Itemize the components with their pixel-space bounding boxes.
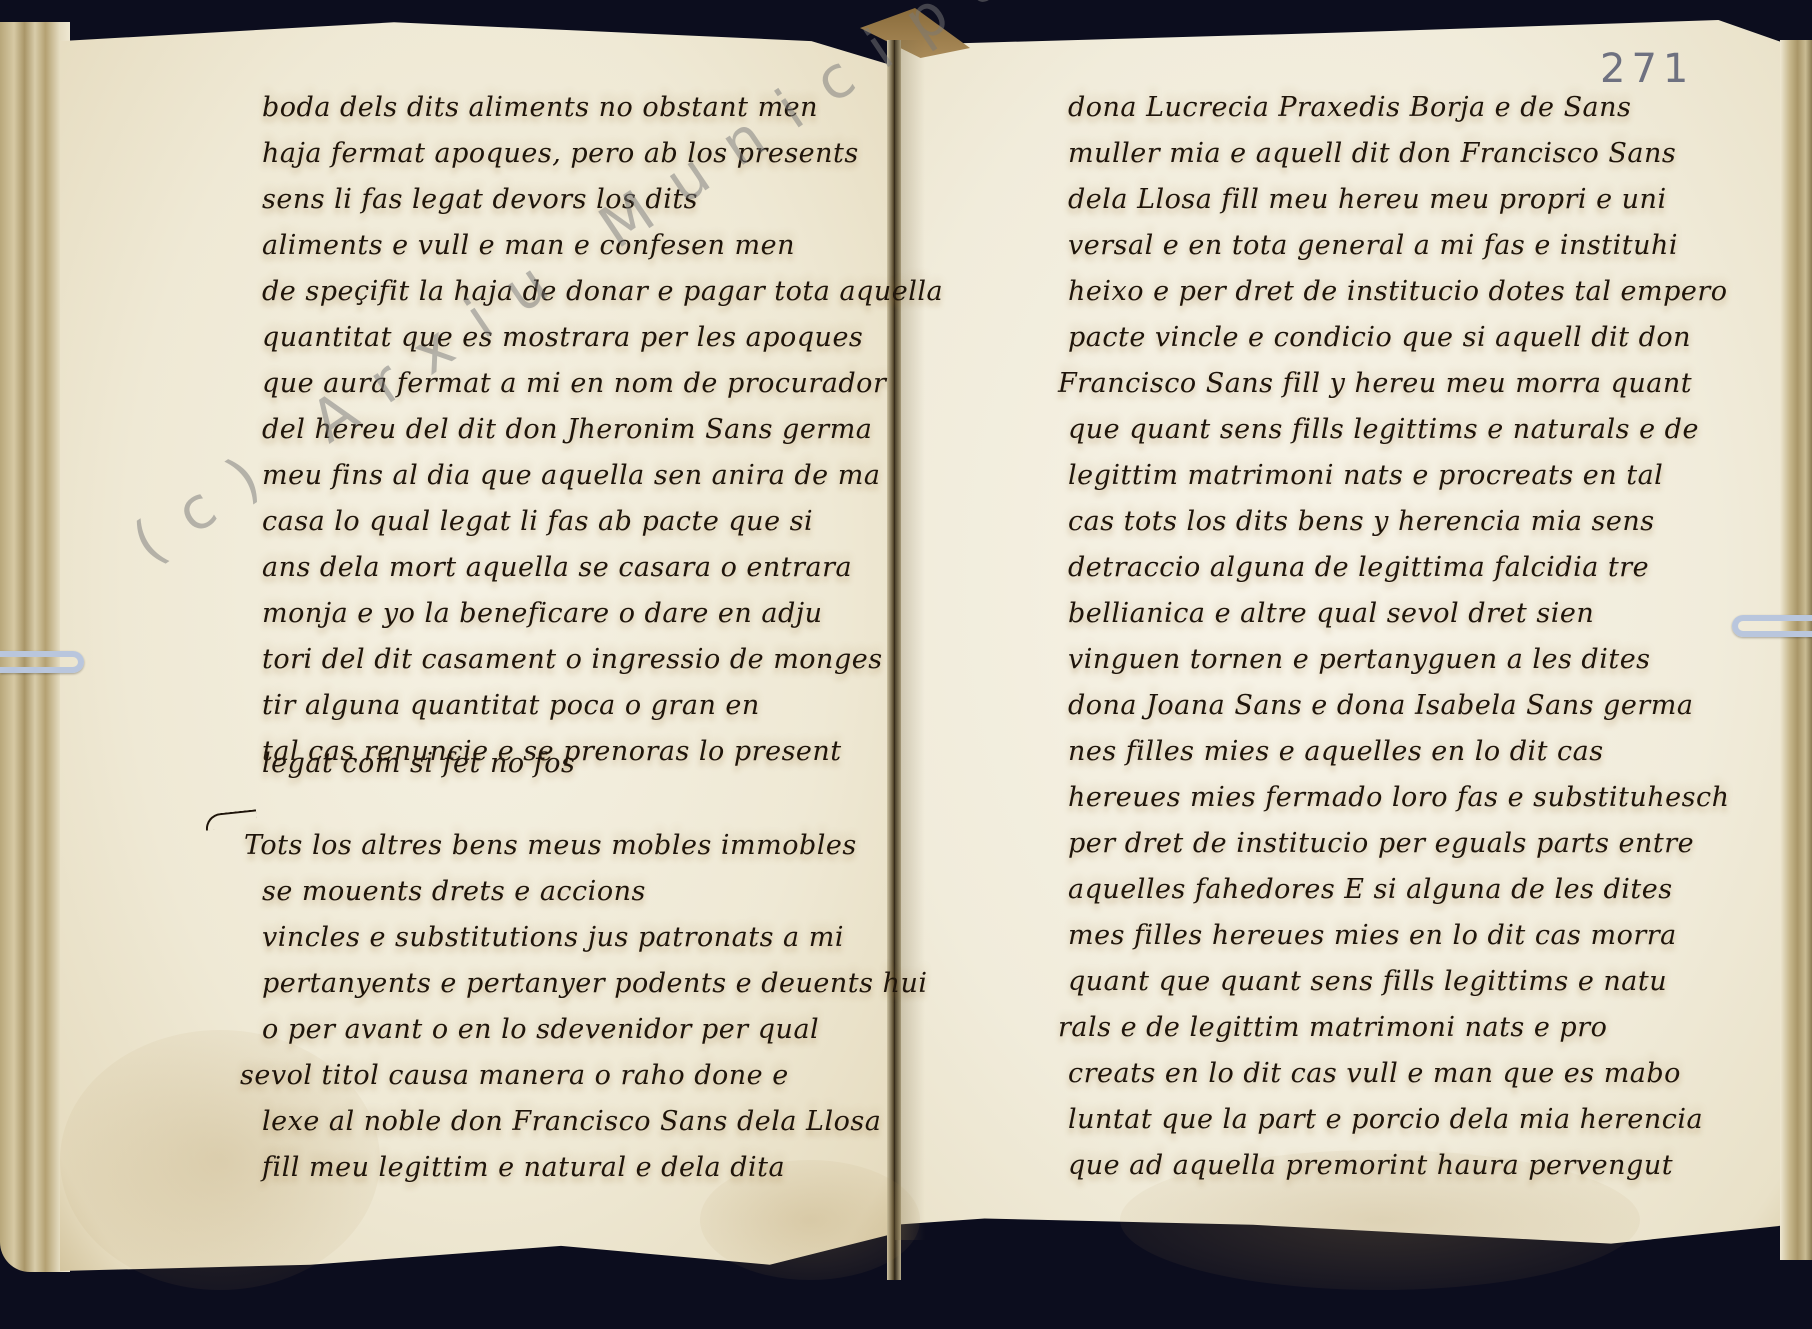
text-line: pertanyents e pertanyer podents e deuent… — [262, 968, 927, 999]
text-line: que quant sens fills legittims e natural… — [1068, 414, 1699, 445]
text-line: sevol titol causa manera o raho done e — [240, 1060, 789, 1091]
text-line: de speçifit la haja de donar e pagar tot… — [262, 276, 943, 307]
text-line: cas tots los dits bens y herencia mia se… — [1068, 506, 1655, 537]
paperclip-right — [1732, 615, 1812, 637]
text-line: Tots los altres bens meus mobles immoble… — [244, 830, 857, 861]
text-line: dona Lucrecia Praxedis Borja e de Sans — [1068, 92, 1631, 123]
text-line: vinguen tornen e pertanyguen a les dites — [1068, 644, 1651, 675]
text-line: nes filles mies e aquelles en lo dit cas — [1068, 736, 1604, 767]
text-line: quantitat que es mostrara per les apoque… — [262, 322, 863, 353]
text-line: quant que quant sens fills legittims e n… — [1068, 966, 1667, 997]
text-line: bellianica e altre qual sevol dret sien — [1068, 598, 1594, 629]
text-line: mes filles hereues mies en lo dit cas mo… — [1068, 920, 1677, 951]
text-line: se mouents drets e accions — [262, 876, 646, 907]
text-line: o per avant o en lo sdevenidor per qual — [262, 1014, 819, 1045]
text-line: luntat que la part e porcio dela mia her… — [1068, 1104, 1703, 1135]
text-line: muller mia e aquell dit don Francisco Sa… — [1068, 138, 1676, 169]
folio-number: 271 — [1600, 46, 1694, 92]
text-line: tir alguna quantitat poca o gran en — [262, 690, 760, 721]
text-line: vincles e substitutions jus patronats a … — [262, 922, 844, 953]
text-line: monja e yo la beneficare o dare en adju — [262, 598, 823, 629]
left-page-edges — [0, 22, 70, 1272]
text-line: ans dela mort aquella se casara o entrar… — [262, 552, 852, 583]
text-line: lexe al noble don Francisco Sans dela Ll… — [262, 1106, 881, 1137]
text-line: rals e de legittim matrimoni nats e pro — [1058, 1012, 1607, 1043]
text-line: dela Llosa fill meu hereu meu propri e u… — [1068, 184, 1667, 215]
text-line: versal e en tota general a mi fas e inst… — [1068, 230, 1678, 261]
right-page-edges — [1780, 40, 1812, 1260]
text-line: legat com si fet no fos — [262, 748, 575, 779]
text-line: meu fins al dia que aquella sen anira de… — [262, 460, 880, 491]
manuscript-spread: 271 boda dels dits aliments no obstant m… — [0, 0, 1812, 1329]
text-line: per dret de institucio per eguals parts … — [1068, 828, 1694, 859]
text-line: casa lo qual legat li fas ab pacte que s… — [262, 506, 813, 537]
text-line: legittim matrimoni nats e procreats en t… — [1068, 460, 1663, 491]
text-line: detraccio alguna de legittima falcidia t… — [1068, 552, 1649, 583]
text-line: heixo e per dret de institucio dotes tal… — [1068, 276, 1728, 307]
text-line: Francisco Sans fill y hereu meu morra qu… — [1058, 368, 1692, 399]
text-line: que ad aquella premorint haura pervengut — [1068, 1150, 1673, 1181]
text-line: pacte vincle e condicio que si aquell di… — [1068, 322, 1691, 353]
gutter-shadow — [895, 40, 925, 1240]
text-line: fill meu legittim e natural e dela dita — [262, 1152, 785, 1183]
text-line: dona Joana Sans e dona Isabela Sans germ… — [1068, 690, 1693, 721]
text-line: creats en lo dit cas vull e man que es m… — [1068, 1058, 1681, 1089]
text-line: hereues mies fermado loro fas e substitu… — [1068, 782, 1729, 813]
text-line: tori del dit casament o ingressio de mon… — [262, 644, 883, 675]
text-line: aquelles fahedores E si alguna de les di… — [1068, 874, 1673, 905]
paperclip-left — [0, 651, 84, 673]
